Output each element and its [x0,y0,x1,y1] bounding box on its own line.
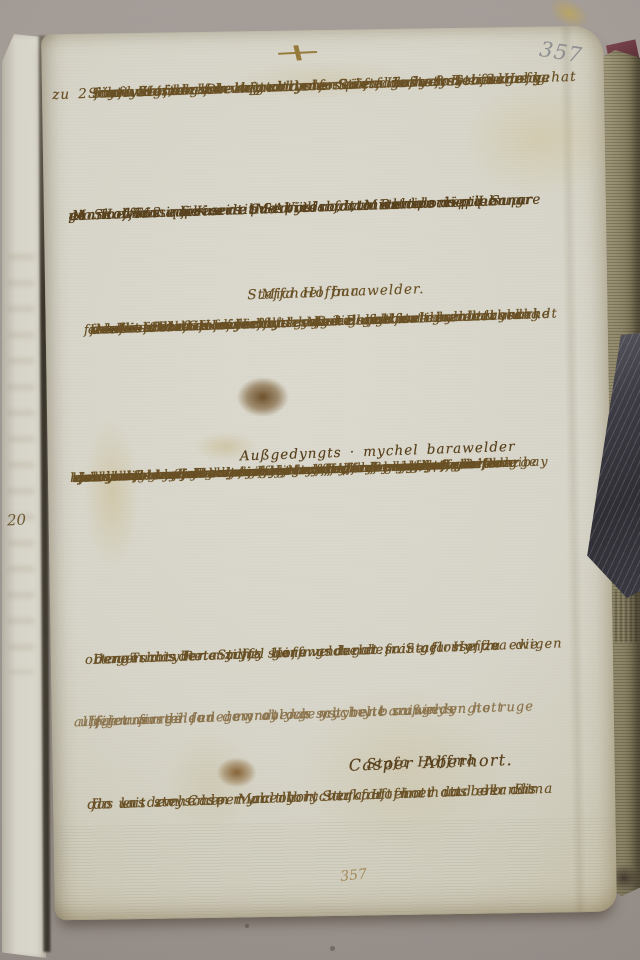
margin-number: 20 [7,511,27,530]
folio-number-bottom: 357 [340,866,368,885]
background-speck [245,924,249,928]
stain [8,254,34,674]
photograph-of-manuscript: 20 + 357 für uns stehende myndtlychs Sta… [0,0,640,960]
background-speck [330,946,335,951]
cross-mark-icon: + [268,37,327,67]
manuscript-page: + 357 für uns stehende myndtlychs Stafa … [41,26,617,921]
signature-line: Stafa Hoffma [366,751,476,774]
paper-texture [54,818,617,921]
